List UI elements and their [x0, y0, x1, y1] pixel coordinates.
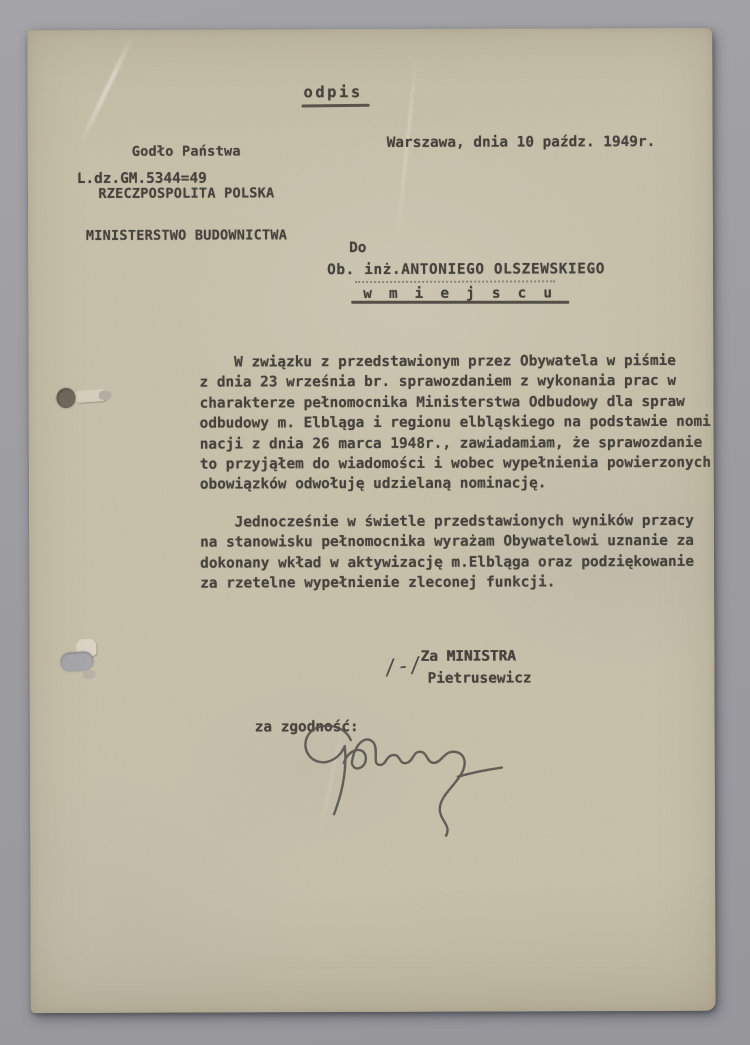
addressee-name: Ob. inż.ANTONIEGO OLSZEWSKIEGO: [327, 261, 605, 278]
handwritten-signature: [284, 716, 524, 849]
punch-hole-bottom-speck: [83, 670, 96, 679]
copy-label: odpis: [303, 83, 362, 101]
punch-hole-top: [57, 388, 76, 408]
body-paragraph-2: Jednocześnie w świetle przedstawionych w…: [200, 511, 716, 594]
scanned-archive-photo: { "colors": { "background_gray": "#9c9ca…: [0, 0, 750, 1045]
addressee-location: w m i e j s c u: [363, 285, 556, 302]
ministry-name: MINISTERSTWO BUDOWNICTWA: [79, 228, 294, 243]
state-emblem-note: Godło Państwa: [79, 144, 294, 159]
letterhead-block: Godło Państwa RZECZPOSPOLITA POLSKA MINI…: [79, 116, 295, 271]
addressee-salutation: Do: [349, 240, 366, 256]
body-paragraph-1: W związku z przedstawionym przez Obywate…: [199, 351, 715, 496]
signatory-name: Pietrusewicz: [428, 670, 532, 686]
republic-name: RZECZPOSPOLITA POLSKA: [79, 186, 294, 201]
dateline: Warszawa, dnia 10 paźdz. 1949r.: [387, 134, 656, 151]
location-dotted-overline: [355, 280, 555, 283]
copy-label-underline: [302, 104, 370, 107]
reference-number: L.dz.GM.5344=49: [77, 171, 207, 187]
location-underline: [351, 301, 569, 304]
authority-line: Za MINISTRA: [420, 648, 515, 664]
signed-initials-mark: /-/: [383, 652, 423, 679]
punch-hole-top-tear-tip: [99, 391, 112, 400]
paper-sheet: odpis Godło Państwa RZECZPOSPOLITA POLSK…: [27, 28, 715, 1013]
